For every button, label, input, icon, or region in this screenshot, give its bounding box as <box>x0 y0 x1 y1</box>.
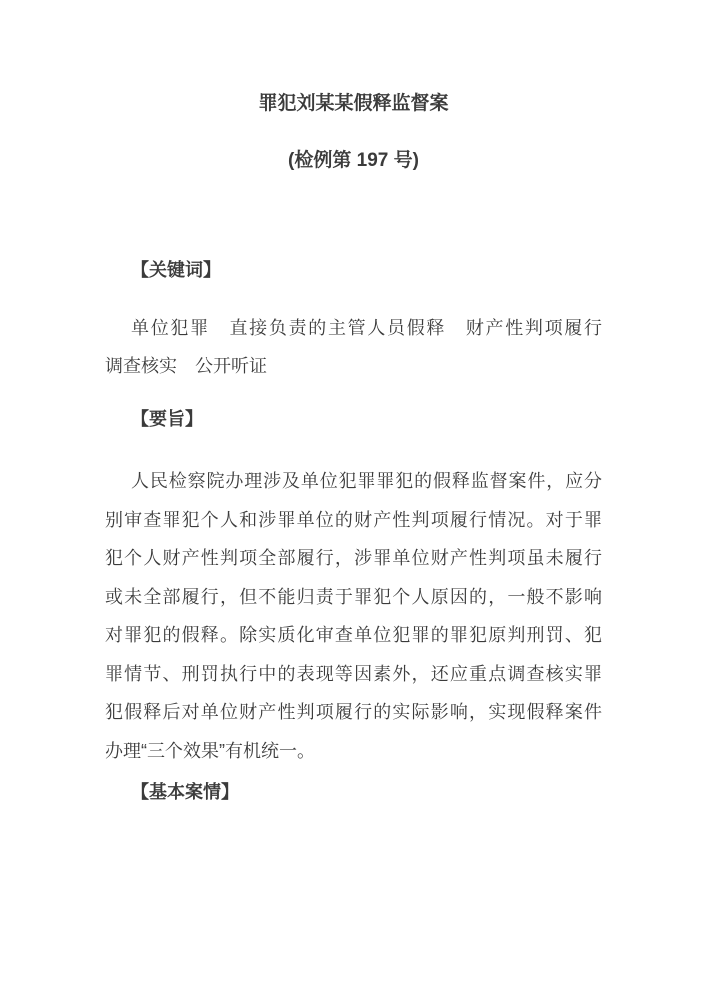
gist-line: 人民检察院办理涉及单位犯罪罪犯的假释监督案件，应分 <box>105 462 602 501</box>
case-number: (检例第 197 号) <box>105 142 602 181</box>
gist-line: 办理“三个效果”有机统一。 <box>105 732 602 771</box>
keywords-line: 单位犯罪 直接负责的主管人员假释 财产性判项履行 <box>105 309 602 348</box>
document-title: 罪犯刘某某假释监督案 <box>105 85 602 124</box>
section-heading-facts: 【基本案情】 <box>105 773 602 812</box>
gist-paragraph: 人民检察院办理涉及单位犯罪罪犯的假释监督案件，应分 别审查罪犯个人和涉罪单位的财… <box>105 462 602 770</box>
gist-line: 或未全部履行，但不能归责于罪犯个人原因的，一般不影响 <box>105 578 602 617</box>
section-heading-gist: 【要旨】 <box>105 400 602 439</box>
gist-line: 犯个人财产性判项全部履行，涉罪单位财产性判项虽未履行 <box>105 539 602 578</box>
gist-line: 犯假释后对单位财产性判项履行的实际影响，实现假释案件 <box>105 693 602 732</box>
gist-line: 对罪犯的假释。除实质化审查单位犯罪的罪犯原判刑罚、犯 <box>105 616 602 655</box>
keywords-paragraph: 单位犯罪 直接负责的主管人员假释 财产性判项履行 调查核实 公开听证 <box>105 309 602 386</box>
gist-line: 罪情节、刑罚执行中的表现等因素外，还应重点调查核实罪 <box>105 655 602 694</box>
keywords-line: 调查核实 公开听证 <box>105 347 602 386</box>
gist-line: 别审查罪犯个人和涉罪单位的财产性判项履行情况。对于罪 <box>105 501 602 540</box>
document-page: 罪犯刘某某假释监督案 (检例第 197 号) 【关键词】 单位犯罪 直接负责的主… <box>0 0 707 999</box>
section-heading-keywords: 【关键词】 <box>105 251 602 290</box>
